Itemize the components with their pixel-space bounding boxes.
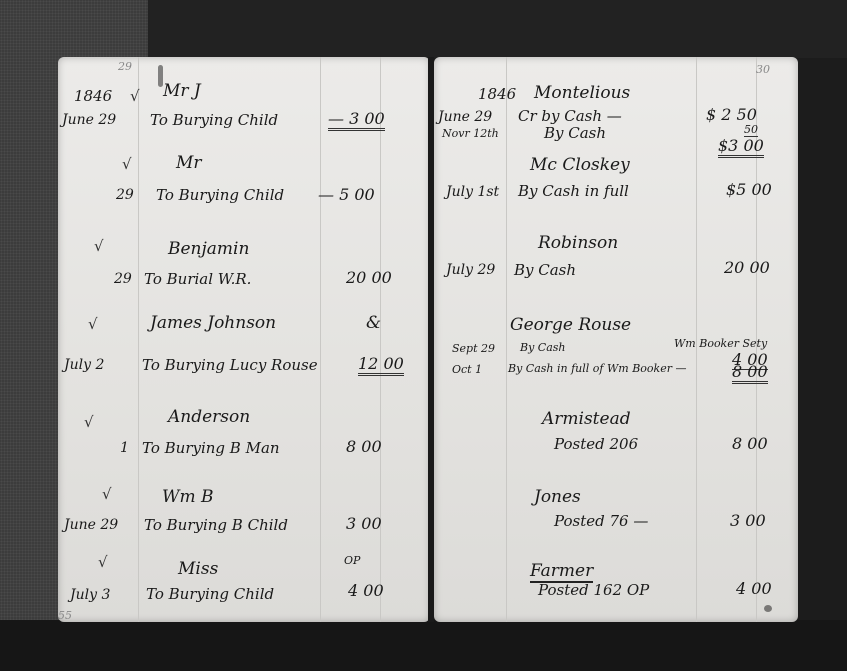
account-name: George Rouse	[510, 315, 631, 335]
account-name: Farmer	[530, 561, 593, 583]
column-rule	[138, 57, 139, 622]
entry-date: 29	[116, 187, 134, 203]
entry-date: June 29	[64, 517, 118, 533]
check-mark: √	[88, 315, 98, 333]
entry-description: Posted 206	[554, 435, 638, 453]
entry-description: By Cash in full	[518, 182, 629, 200]
page-number: 29	[118, 60, 132, 73]
entry-amount: 3 00	[346, 514, 382, 533]
entry-amount: $ 2 50	[706, 105, 757, 124]
account-note: Wm Booker Sety	[674, 337, 767, 350]
column-rule	[380, 57, 381, 622]
entry-amount: 4 00	[348, 581, 384, 600]
column-rule	[506, 57, 507, 622]
entry-description: To Burying Child	[146, 585, 274, 603]
entry-amount: 8 00	[732, 434, 768, 453]
entry-date: July 3	[70, 587, 110, 603]
entry-amount: 3 00	[730, 511, 766, 530]
account-name-suffix: &	[366, 313, 381, 333]
check-mark: √	[98, 553, 108, 571]
entry-amount: 50	[744, 123, 758, 137]
entry-date: July 2	[64, 357, 104, 373]
entry-date: Novr 12th	[442, 127, 499, 140]
ink-blot	[764, 605, 772, 612]
year-heading: 1846	[478, 85, 516, 103]
check-mark: √	[94, 237, 104, 255]
entry-date: 1	[120, 440, 129, 456]
page-number: 30	[756, 63, 770, 76]
entry-date: Oct 1	[452, 363, 482, 376]
entry-description: By Cash in full of Wm Booker —	[508, 362, 686, 375]
entry-amount: 20 00	[346, 268, 392, 287]
entry-description: To Burial W.R.	[144, 270, 251, 288]
entry-date: June 29	[438, 109, 492, 125]
entry-description: Posted 162 OP	[538, 581, 649, 599]
entry-note: OP	[344, 554, 360, 567]
account-name: Miss	[178, 559, 218, 579]
entry-date: Sept 29	[452, 342, 495, 355]
account-name: Mc Closkey	[530, 155, 630, 175]
entry-amount: 4 00	[736, 579, 772, 598]
entry-amount: 8 00	[346, 437, 382, 456]
entry-description: Posted 76 —	[554, 512, 648, 530]
entry-amount: — 3 00	[328, 109, 385, 131]
account-name: Mr	[176, 153, 202, 173]
ledger-page-left: 29 1846 √ Mr J June 29 To Burying Child …	[58, 57, 430, 622]
entry-description: To Burying Child	[150, 111, 278, 129]
account-name: Mr J	[163, 81, 201, 101]
entry-description: By Cash	[544, 124, 606, 142]
year-heading: 1846	[74, 87, 112, 105]
account-name: Robinson	[538, 233, 618, 253]
entry-description: To Burying Child	[156, 186, 284, 204]
account-name: Anderson	[168, 407, 250, 427]
entry-amount: 8 00	[732, 362, 768, 384]
entry-description: By Cash	[514, 261, 576, 279]
check-mark: √	[102, 485, 112, 503]
check-mark: √	[130, 87, 140, 105]
column-rule	[320, 57, 321, 622]
entry-date: July 29	[446, 262, 495, 278]
account-name: Jones	[534, 487, 581, 507]
entry-amount: $5 00	[726, 180, 772, 199]
corner-mark: 55	[58, 609, 72, 622]
entry-date: 29	[114, 271, 132, 287]
entry-date: July 1st	[446, 184, 499, 200]
entry-description: Cr by Cash —	[518, 107, 622, 125]
entry-description: By Cash	[520, 341, 566, 354]
entry-description: To Burying B Man	[142, 439, 280, 457]
entry-amount: 20 00	[724, 258, 770, 277]
ledger-page-right: 30 1846 Montelious June 29 Cr by Cash — …	[434, 57, 798, 622]
background-bottom	[0, 620, 847, 671]
entry-date: June 29	[62, 112, 116, 128]
account-name: Wm B	[162, 487, 214, 507]
account-name: Armistead	[542, 409, 631, 429]
background-top	[148, 0, 847, 58]
entry-description: To Burying B Child	[144, 516, 288, 534]
entry-amount: — 5 00	[318, 185, 375, 204]
account-name: Montelious	[534, 83, 630, 103]
entry-description: To Burying Lucy Rouse	[142, 356, 318, 374]
account-name: Benjamin	[168, 239, 249, 259]
account-name: James Johnson	[150, 313, 276, 333]
account-total: $3 00	[718, 136, 764, 158]
check-mark: √	[84, 413, 94, 431]
check-mark: √	[122, 155, 132, 173]
entry-amount: 12 00	[358, 354, 404, 376]
